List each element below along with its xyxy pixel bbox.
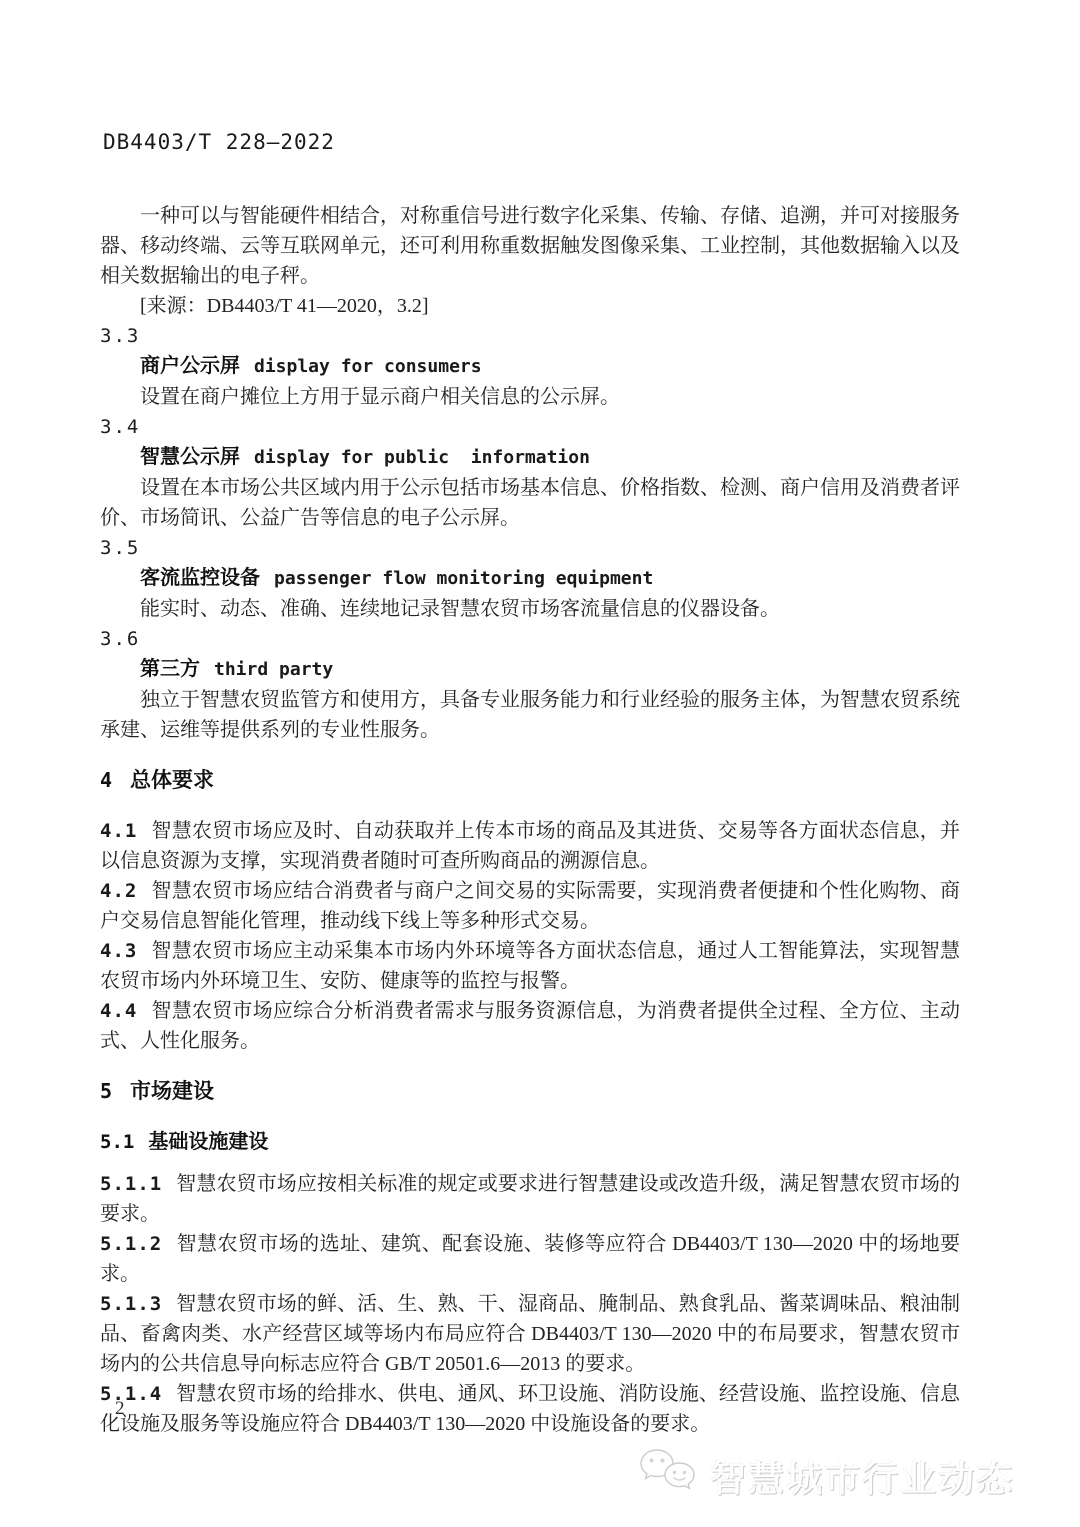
term-name-en: passenger flow monitoring equipment (274, 568, 653, 589)
clause-5-1-4: 5.1.4智慧农贸市场的给排水、供电、通风、环卫设施、消防设施、经营设施、监控设… (100, 1379, 960, 1439)
clause-4-4: 4.4智慧农贸市场应综合分析消费者需求与服务资源信息，为消费者提供全过程、全方位… (100, 996, 960, 1056)
section-5-heading: 5市场建设 (100, 1076, 960, 1107)
term-block-3-5: 3.5 客流监控设备passenger flow monitoring equi… (100, 533, 960, 624)
clause-5-1-2: 5.1.2智慧农贸市场的选址、建筑、配套设施、装修等应符合 DB4403/T 1… (100, 1229, 960, 1289)
term-number: 3.6 (100, 624, 960, 654)
clause-text: 智慧农贸市场应及时、自动获取并上传本市场的商品及其进货、交易等各方面状态信息，并… (100, 820, 960, 872)
section-title: 市场建设 (130, 1080, 214, 1103)
term-name-zh: 客流监控设备 (140, 567, 260, 589)
clause-number: 4.3 (100, 940, 137, 962)
term-heading: 客流监控设备passenger flow monitoring equipmen… (100, 563, 960, 594)
clause-5-1-1: 5.1.1智慧农贸市场应按相关标准的规定或要求进行智慧建设或改造升级，满足智慧农… (100, 1169, 960, 1229)
term-block-3-4: 3.4 智慧公示屏display for public information … (100, 412, 960, 533)
term-3-2-source-note: [来源：DB4403/T 41—2020，3.2] (100, 291, 960, 321)
clause-number: 5.1.4 (100, 1383, 162, 1405)
clause-text: 智慧农贸市场应结合消费者与商户之间交易的实际需要，实现消费者便捷和个性化购物、商… (100, 880, 960, 932)
section-number: 5 (100, 1079, 112, 1103)
watermark-text: 智慧城市行业动态 (710, 1451, 1014, 1502)
term-name-en: display for consumers (254, 356, 482, 377)
term-block-3-3: 3.3 商户公示屏display for consumers 设置在商户摊位上方… (100, 321, 960, 412)
section-title: 总体要求 (130, 769, 214, 792)
clause-number: 4.2 (100, 880, 137, 902)
clause-4-3: 4.3智慧农贸市场应主动采集本市场内外环境等各方面状态信息，通过人工智能算法，实… (100, 936, 960, 996)
term-heading: 第三方third party (100, 654, 960, 685)
term-block-3-6: 3.6 第三方third party 独立于智慧农贸监管方和使用方，具备专业服务… (100, 624, 960, 745)
clause-4-2: 4.2智慧农贸市场应结合消费者与商户之间交易的实际需要，实现消费者便捷和个性化购… (100, 876, 960, 936)
watermark: 智慧城市行业动态 (636, 1447, 1014, 1505)
document-page: DB4403/T 228—2022 一种可以与智能硬件相结合，对称重信号进行数字… (0, 0, 1080, 1527)
term-name-en: display for public information (254, 447, 590, 468)
clause-5-1-3: 5.1.3智慧农贸市场的鲜、活、生、熟、干、湿商品、腌制品、熟食乳品、酱菜调味品… (100, 1289, 960, 1379)
wechat-bubbles-logo-icon (636, 1447, 700, 1505)
subsection-title: 基础设施建设 (148, 1131, 268, 1153)
term-heading: 智慧公示屏display for public information (100, 442, 960, 473)
clause-4-1: 4.1智慧农贸市场应及时、自动获取并上传本市场的商品及其进货、交易等各方面状态信… (100, 816, 960, 876)
term-number: 3.5 (100, 533, 960, 563)
section-5-1-heading: 5.1基础设施建设 (100, 1127, 960, 1157)
section-4-heading: 4总体要求 (100, 765, 960, 796)
clause-text: 智慧农贸市场应按相关标准的规定或要求进行智慧建设或改造升级，满足智慧农贸市场的要… (100, 1173, 960, 1225)
clause-text: 智慧农贸市场应综合分析消费者需求与服务资源信息，为消费者提供全过程、全方位、主动… (100, 1000, 960, 1052)
document-content: 一种可以与智能硬件相结合，对称重信号进行数字化采集、传输、存储、追溯，并可对接服… (100, 201, 960, 1439)
term-name-zh: 第三方 (140, 658, 200, 680)
clause-number: 5.1.1 (100, 1173, 162, 1195)
clause-number: 4.1 (100, 820, 137, 842)
term-name-en: third party (214, 659, 333, 680)
subsection-number: 5.1 (100, 1131, 134, 1153)
term-name-zh: 智慧公示屏 (140, 446, 240, 468)
term-definition: 设置在商户摊位上方用于显示商户相关信息的公示屏。 (100, 382, 960, 412)
term-definition: 设置在本市场公共区域内用于公示包括市场基本信息、价格指数、检测、商户信用及消费者… (100, 473, 960, 533)
clause-text: 智慧农贸市场的给排水、供电、通风、环卫设施、消防设施、经营设施、监控设施、信息化… (100, 1383, 960, 1435)
document-code: DB4403/T 228—2022 (103, 130, 335, 154)
term-number: 3.4 (100, 412, 960, 442)
clause-number: 4.4 (100, 1000, 137, 1022)
term-definition: 能实时、动态、准确、连续地记录智慧农贸市场客流量信息的仪器设备。 (100, 594, 960, 624)
section-number: 4 (100, 768, 112, 792)
term-3-2-definition: 一种可以与智能硬件相结合，对称重信号进行数字化采集、传输、存储、追溯，并可对接服… (100, 201, 960, 291)
clause-number: 5.1.3 (100, 1293, 162, 1315)
term-heading: 商户公示屏display for consumers (100, 351, 960, 382)
clause-text: 智慧农贸市场的鲜、活、生、熟、干、湿商品、腌制品、熟食乳品、酱菜调味品、粮油制品… (100, 1293, 960, 1375)
term-name-zh: 商户公示屏 (140, 355, 240, 377)
page-number: 2 (115, 1398, 125, 1420)
clause-text: 智慧农贸市场应主动采集本市场内外环境等各方面状态信息，通过人工智能算法，实现智慧… (100, 940, 960, 992)
clause-number: 5.1.2 (100, 1233, 162, 1255)
clause-text: 智慧农贸市场的选址、建筑、配套设施、装修等应符合 DB4403/T 130—20… (100, 1233, 960, 1285)
term-number: 3.3 (100, 321, 960, 351)
term-definition: 独立于智慧农贸监管方和使用方，具备专业服务能力和行业经验的服务主体，为智慧农贸系… (100, 685, 960, 745)
